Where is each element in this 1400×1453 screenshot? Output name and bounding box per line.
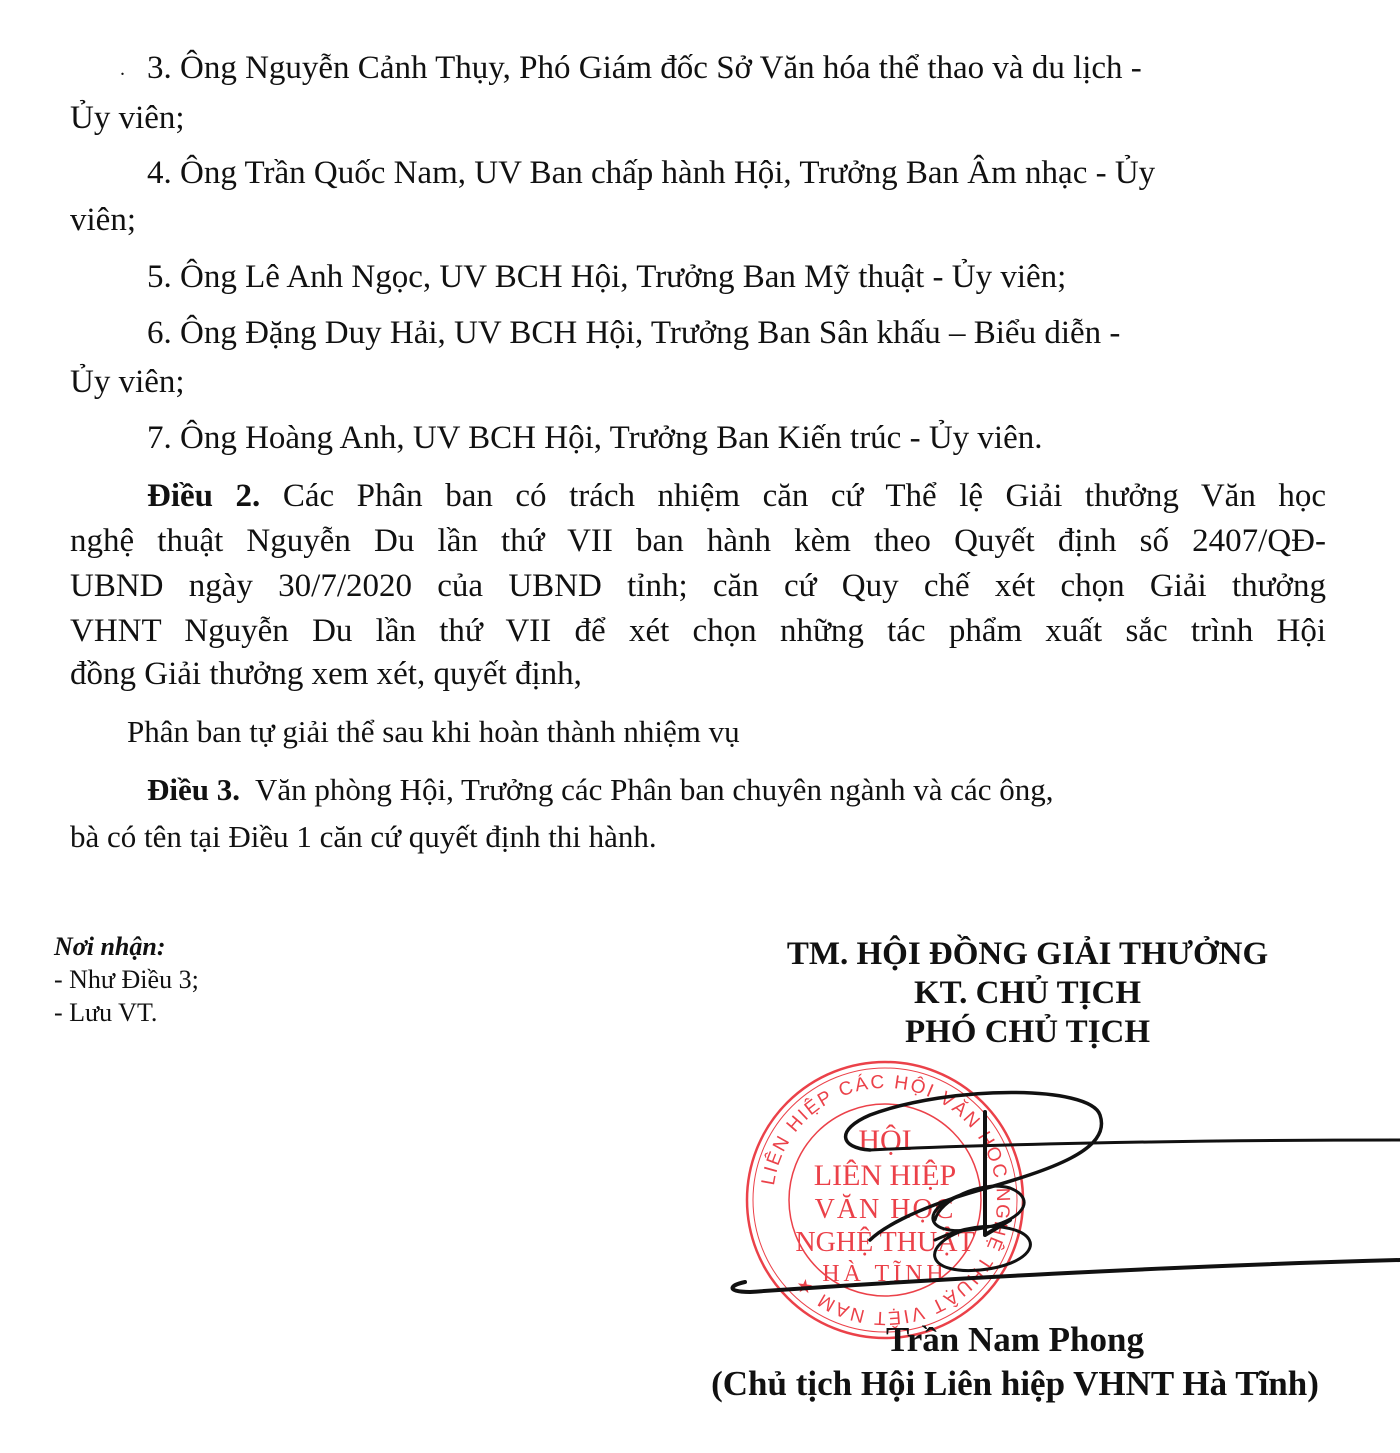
handwritten-signature-icon — [720, 1070, 1400, 1310]
sig-line-1: TM. HỘI ĐỒNG GIẢI THƯỞNG — [700, 935, 1355, 974]
dissolve-note: Phân ban tự giải thể sau khi hoàn thành … — [127, 712, 740, 752]
signer-block: Trần Nam Phong (Chủ tịch Hội Liên hiệp V… — [660, 1318, 1370, 1406]
recipient-item: - Lưu VT. — [54, 996, 199, 1029]
article-2-line1: Điều 2. Các Phân ban có trách nhiệm căn … — [147, 474, 1326, 519]
signer-name: Trần Nam Phong — [660, 1318, 1370, 1362]
article-3-label: Điều 3. — [147, 772, 240, 807]
article-2-line3: UBND ngày 30/7/2020 của UBND tỉnh; căn c… — [70, 564, 1326, 609]
article-3-line2: bà có tên tại Điều 1 căn cứ quyết định t… — [70, 817, 657, 857]
signature-heading: TM. HỘI ĐỒNG GIẢI THƯỞNG KT. CHỦ TỊCH PH… — [700, 935, 1355, 1052]
member-3-line2: Ủy viên; — [70, 98, 185, 138]
article-2-label: Điều 2. — [147, 478, 260, 514]
member-6-line2: Ủy viên; — [70, 362, 185, 402]
member-6-line1: 6. Ông Đặng Duy Hải, UV BCH Hội, Trưởng … — [147, 313, 1120, 353]
article-2-line2: nghệ thuật Nguyễn Du lần thứ VII ban hàn… — [70, 519, 1326, 564]
recipients-heading: Nơi nhận: — [54, 930, 199, 963]
signer-title: (Chủ tịch Hội Liên hiệp VHNT Hà Tĩnh) — [660, 1362, 1370, 1406]
sig-line-3: PHÓ CHỦ TỊCH — [700, 1013, 1355, 1052]
article-3-line1: Điều 3. Văn phòng Hội, Trưởng các Phân b… — [147, 770, 1054, 810]
recipients-block: Nơi nhận: - Như Điều 3; - Lưu VT. — [54, 930, 199, 1029]
member-4-line2: viên; — [70, 200, 136, 240]
sig-line-2: KT. CHỦ TỊCH — [700, 974, 1355, 1013]
member-4-line1: 4. Ông Trần Quốc Nam, UV Ban chấp hành H… — [147, 153, 1155, 193]
article-2-line5: đồng Giải thưởng xem xét, quyết định, — [70, 652, 1326, 697]
scan-speck: . — [120, 58, 125, 81]
recipient-item: - Như Điều 3; — [54, 963, 199, 996]
article-2-line4: VHNT Nguyễn Du lần thứ VII để xét chọn n… — [70, 609, 1326, 654]
member-7-line1: 7. Ông Hoàng Anh, UV BCH Hội, Trưởng Ban… — [147, 418, 1042, 458]
member-3-line1: 3. Ông Nguyễn Cảnh Thụy, Phó Giám đốc Sở… — [147, 48, 1142, 88]
member-5-line1: 5. Ông Lê Anh Ngọc, UV BCH Hội, Trưởng B… — [147, 257, 1066, 297]
